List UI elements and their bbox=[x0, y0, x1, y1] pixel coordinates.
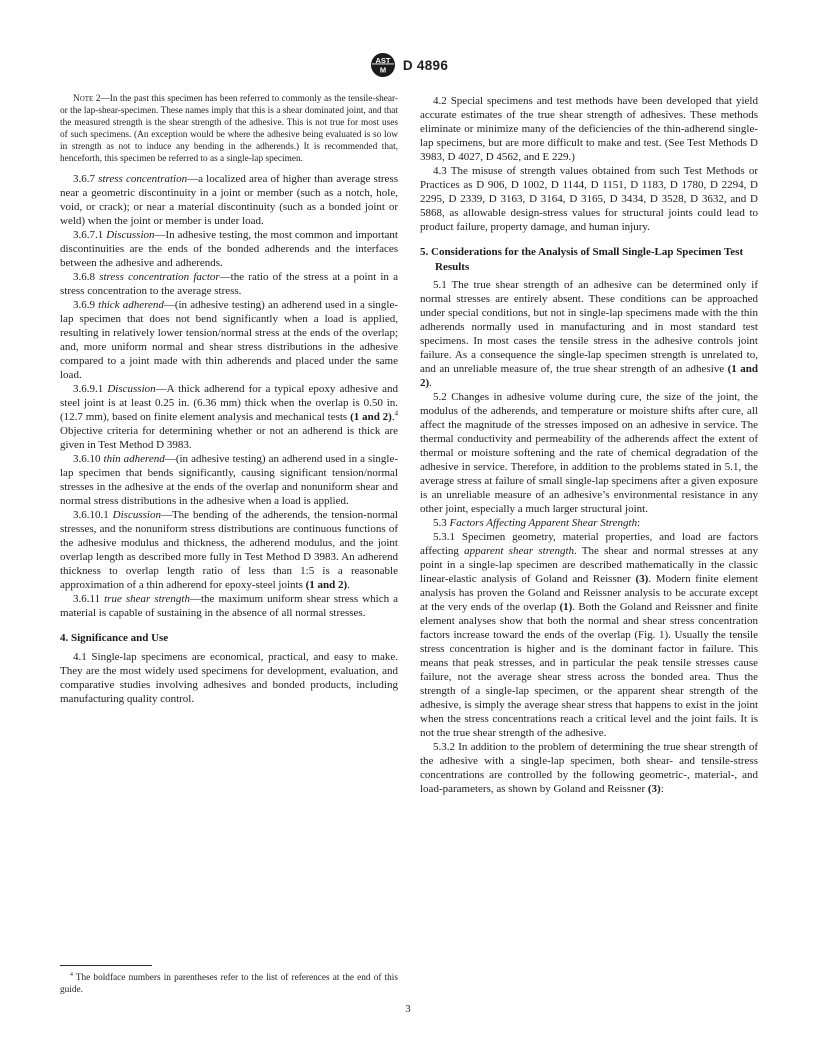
para-3-6-7-1: 3.6.7.1 Discussion—In adhesive testing, … bbox=[60, 228, 398, 270]
para-4-2: 4.2 Special specimens and test methods h… bbox=[420, 94, 758, 164]
para-5-3-2: 5.3.2 In addition to the problem of dete… bbox=[420, 740, 758, 796]
para-5-1: 5.1 The true shear strength of an adhesi… bbox=[420, 278, 758, 390]
para-3-6-10: 3.6.10 thin adherend—(in adhesive testin… bbox=[60, 452, 398, 508]
para-3-6-10-1: 3.6.10.1 Discussion—The bending of the a… bbox=[60, 508, 398, 592]
page-number: 3 bbox=[405, 1004, 410, 1015]
para-4-3: 4.3 The misuse of strength values obtain… bbox=[420, 164, 758, 234]
para-4-1: 4.1 Single-lap specimens are economical,… bbox=[60, 650, 398, 706]
para-3-6-9-1: 3.6.9.1 Discussion—A thick adherend for … bbox=[60, 382, 398, 452]
left-column: Note 2—In the past this specimen has bee… bbox=[60, 94, 398, 996]
page-footer: 3 bbox=[0, 1004, 816, 1015]
svg-text:M: M bbox=[380, 66, 386, 75]
para-5-3-1: 5.3.1 Specimen geometry, material proper… bbox=[420, 530, 758, 740]
document-header: AST M D 4896 bbox=[60, 50, 758, 80]
para-5-2: 5.2 Changes in adhesive volume during cu… bbox=[420, 390, 758, 516]
left-column-footnote: 4 The boldface numbers in parentheses re… bbox=[60, 947, 398, 996]
heading-4: 4. Significance and Use bbox=[60, 631, 398, 646]
note-2: Note 2—In the past this specimen has bee… bbox=[60, 94, 398, 165]
footnote-4: 4 The boldface numbers in parentheses re… bbox=[60, 972, 398, 996]
footnote-rule bbox=[60, 965, 152, 966]
para-3-6-11: 3.6.11 true shear strength—the maximum u… bbox=[60, 592, 398, 620]
document-page: AST M D 4896 Note 2—In the past this spe… bbox=[0, 0, 816, 1056]
para-3-6-7: 3.6.7 stress concentration—a localized a… bbox=[60, 172, 398, 228]
right-column: 4.2 Special specimens and test methods h… bbox=[420, 94, 758, 996]
svg-text:AST: AST bbox=[375, 56, 390, 65]
two-column-body: Note 2—In the past this specimen has bee… bbox=[60, 94, 758, 996]
para-3-6-9: 3.6.9 thick adherend—(in adhesive testin… bbox=[60, 298, 398, 382]
heading-5: 5. Considerations for the Analysis of Sm… bbox=[420, 245, 758, 274]
astm-logo-icon: AST M bbox=[370, 52, 396, 78]
doc-number: D 4896 bbox=[403, 58, 448, 73]
para-3-6-8: 3.6.8 stress concentration factor—the ra… bbox=[60, 270, 398, 298]
para-5-3: 5.3 Factors Affecting Apparent Shear Str… bbox=[420, 516, 758, 530]
left-column-main: Note 2—In the past this specimen has bee… bbox=[60, 94, 398, 706]
